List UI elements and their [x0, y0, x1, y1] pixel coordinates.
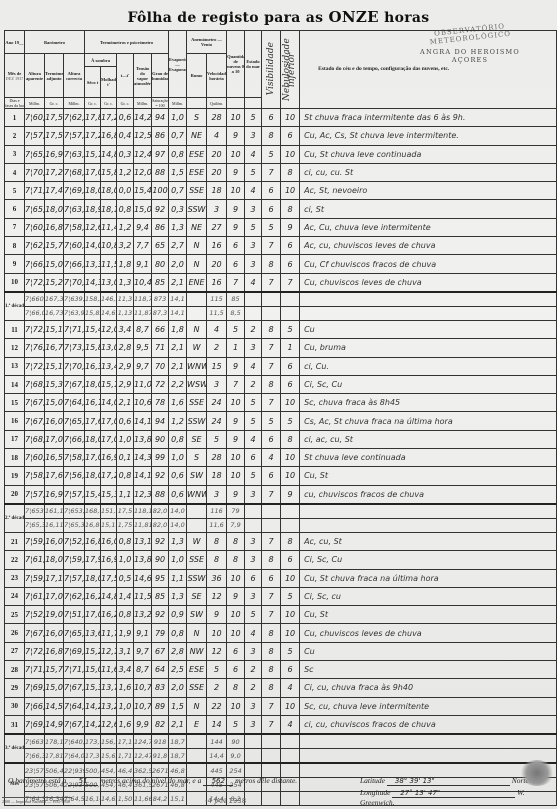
day-number: 13 — [5, 357, 25, 375]
year-header: Ano 19__ — [5, 31, 25, 54]
cell-hum: 85 — [152, 587, 169, 605]
summary-cell: 11,87 — [134, 306, 152, 320]
cell-seco: 17,6 — [85, 412, 101, 430]
cell-vel: 20 — [207, 255, 227, 273]
day-row: 307¦66,0014,57¦64,2114,213,21,010,7891,5… — [5, 697, 557, 715]
cell-seco: 14,2 — [85, 697, 101, 715]
cell-vel: 4 — [207, 320, 227, 338]
cell-nuv: 6 — [227, 642, 245, 660]
cell-term: 16,9 — [45, 145, 64, 163]
cell-vel: 10 — [207, 624, 227, 642]
cell-alt-ap: 7¦59,60 — [25, 532, 45, 550]
empty-cell — [245, 734, 262, 749]
cell-tens: 14,1 — [134, 467, 152, 485]
cell-vel: 20 — [207, 145, 227, 163]
longitude-value: 27° 13' 47" — [392, 789, 515, 798]
cell-alt-cor: 7¦67,69 — [64, 679, 85, 697]
cell-alt-cor: 7¦64,79 — [64, 394, 85, 412]
cell-vis: 8 — [262, 127, 281, 145]
cell-rumo: SW — [187, 606, 207, 624]
summary-cell: 11,6 — [207, 518, 227, 532]
cell-alt-ap: 7¦72,00 — [25, 642, 45, 660]
cell-vis2: 4 — [281, 715, 300, 734]
cell-vis: 6 — [262, 200, 281, 218]
cell-tens: 10,6 — [134, 394, 152, 412]
cell-vis2: 6 — [281, 127, 300, 145]
empty-cell — [262, 504, 281, 519]
low-clouds-header: Nebulosidade inferior — [281, 31, 300, 109]
day-number: 19 — [5, 467, 25, 485]
decade-summary-row: 2.ª década7¦653,70161,17¦653,76168,6151,… — [5, 504, 557, 519]
unit-label: Gr. c. — [85, 98, 101, 109]
cell-alt-ap: 7¦69,55 — [25, 679, 45, 697]
cell-hum: 88 — [152, 485, 169, 504]
summary-cell: 1,13 — [117, 306, 134, 320]
day-number: 31 — [5, 715, 25, 734]
cell-mar: 3 — [245, 485, 262, 504]
cell-molh: 14,0 — [101, 394, 117, 412]
cell-tens: 12,5 — [134, 127, 152, 145]
cell-vel: 24 — [207, 412, 227, 430]
cell-mar: 3 — [245, 127, 262, 145]
cell-mar: 3 — [245, 237, 262, 255]
summary-cell: 124,7 — [134, 734, 152, 749]
day-row: 67¦65,7018,07¦63,0618,918,10,815,0920,3S… — [5, 200, 557, 218]
cell-term: 15,1 — [45, 320, 64, 338]
summary-cell: 7¦63,978 — [64, 306, 85, 320]
cell-mar: 3 — [245, 551, 262, 569]
day-number: 25 — [5, 606, 25, 624]
empty-cell — [262, 292, 281, 307]
summary-cell: 146,9 — [101, 292, 117, 307]
cell-diff: 3,1 — [117, 642, 134, 660]
month-header: Mês de DEZ 1937 — [5, 54, 25, 98]
cell-nuv: 10 — [227, 109, 245, 127]
cell-molh: 17,2 — [101, 467, 117, 485]
day-number: 27 — [5, 642, 25, 660]
cell-hum: 88 — [152, 163, 169, 181]
day-number: 16 — [5, 412, 25, 430]
cell-mar: 5 — [245, 606, 262, 624]
cell-alt-ap: 7¦72,05 — [25, 320, 45, 338]
summary-cell: 9,0 — [227, 749, 245, 764]
empty-cell — [262, 792, 281, 806]
cell-alt-ap: 7¦61,30 — [25, 551, 45, 569]
cell-vel: 12 — [207, 587, 227, 605]
sky-state-remark: Ac, cu, chuviscos leves de chuva — [300, 237, 557, 255]
empty-cell — [245, 518, 262, 532]
cell-alt-ap: 7¦52,65 — [25, 606, 45, 624]
cell-hum: 67 — [152, 642, 169, 660]
days-header: Dias e fases da lua — [5, 98, 25, 109]
day-number: 14 — [5, 375, 25, 393]
cell-vel: 28 — [207, 109, 227, 127]
day-row: 77¦60,1516,87¦58,6312,611,41,29,4861,3NE… — [5, 218, 557, 236]
cell-vis: 7 — [262, 237, 281, 255]
cell-seco: 16,1 — [85, 394, 101, 412]
ink-blot — [520, 760, 554, 786]
cell-mar: 5 — [245, 467, 262, 485]
cell-vel: 5 — [207, 661, 227, 679]
cell-alt-cor: 7¦70,30 — [64, 273, 85, 292]
cell-vis: 8 — [262, 375, 281, 393]
cell-term: 15,7 — [45, 661, 64, 679]
empty-cell — [262, 306, 281, 320]
cell-evap: 2,0 — [169, 255, 187, 273]
cell-tens: 13,2 — [134, 606, 152, 624]
day-row: 177¦68,2517,07¦66,1418,017,01,013,8900,8… — [5, 430, 557, 448]
decade-summary-row: 1.ª década7¦660,45167,37¦639,78158,2146,… — [5, 292, 557, 307]
cell-vis: 8 — [262, 679, 281, 697]
cell-alt-cor: 7¦70,71 — [64, 357, 85, 375]
summary-label: 3.ª década — [5, 734, 25, 763]
day-number: 10 — [5, 273, 25, 292]
cell-vis2: 8 — [281, 532, 300, 550]
sky-state-remark: Ci, Sc, cu — [300, 587, 557, 605]
cell-vel: 14 — [207, 715, 227, 734]
visibility-header: Visibilidade — [262, 31, 281, 109]
day-number: 17 — [5, 430, 25, 448]
cell-vis2: 10 — [281, 182, 300, 200]
summary-cell: 116 — [207, 504, 227, 519]
cell-hum: 90 — [152, 551, 169, 569]
cell-hum: 94 — [152, 109, 169, 127]
longitude: Longitude 27° 13' 47" W. Greenwich. — [360, 788, 557, 807]
cell-mar: 5 — [245, 163, 262, 181]
day-number: 11 — [5, 320, 25, 338]
cell-molh: 16,0 — [101, 532, 117, 550]
cell-vis2: 10 — [281, 449, 300, 467]
cell-term: 17,0 — [45, 430, 64, 448]
cell-hum: 92 — [152, 467, 169, 485]
cell-alt-cor: 7¦62,60 — [64, 587, 85, 605]
cell-mar: 4 — [245, 357, 262, 375]
cell-rumo: SE — [187, 587, 207, 605]
cell-nuv: 9 — [227, 357, 245, 375]
summary-cell — [187, 306, 207, 320]
cell-rumo: S — [187, 109, 207, 127]
summary-cell: 15,65 — [101, 749, 117, 764]
cell-vis: 5 — [262, 218, 281, 236]
cell-seco: 18,0 — [85, 569, 101, 587]
cell-tens: 14,1 — [134, 412, 152, 430]
cell-tens: 10,7 — [134, 679, 152, 697]
cell-hum: 99 — [152, 449, 169, 467]
cell-vel: 8 — [207, 551, 227, 569]
cell-vis: 7 — [262, 606, 281, 624]
day-number: 18 — [5, 449, 25, 467]
cell-vis: 7 — [262, 163, 281, 181]
sky-state-remark: cu, chuviscos fracos de chuva — [300, 485, 557, 504]
cell-rumo: W — [187, 339, 207, 357]
day-row: 297¦69,5515,07¦67,6915,313,71,610,7832,0… — [5, 679, 557, 697]
cell-hum: 79 — [152, 624, 169, 642]
empty-cell — [281, 292, 300, 307]
cell-seco: 18,0 — [85, 375, 101, 393]
day-row: 237¦59,2017,17¦57,3318,017,50,514,6951,1… — [5, 569, 557, 587]
cell-alt-cor: 7¦65,02 — [64, 624, 85, 642]
cell-vis2: 6 — [281, 255, 300, 273]
cell-tens: 9,9 — [134, 715, 152, 734]
cell-alt-ap: 7¦72,10 — [25, 357, 45, 375]
cell-mar: 4 — [245, 624, 262, 642]
cell-molh: 17,2 — [101, 109, 117, 127]
day-number: 3 — [5, 145, 25, 163]
day-row: 17¦60,2517,57¦62,1917,817,20,614,2941,0S… — [5, 109, 557, 127]
sky-state-remark: St chuva leve continuada — [300, 449, 557, 467]
cell-seco: 15,3 — [85, 679, 101, 697]
cell-vel: 16 — [207, 237, 227, 255]
cell-alt-cor: 7¦67,30 — [64, 715, 85, 734]
cell-evap: 0,3 — [169, 200, 187, 218]
sky-state-remark: Cu, St — [300, 467, 557, 485]
cell-alt-ap: 7¦76,00 — [25, 339, 45, 357]
decade-summary-row: 3.ª década7¦663,10178,17¦640,13173,6156,… — [5, 734, 557, 749]
cell-term: 18,0 — [45, 551, 64, 569]
evaporometer-header: Evaporómetro — Evaporação — [169, 31, 187, 98]
day-row: 227¦61,3018,07¦59,0817,916,91,013,8901,0… — [5, 551, 557, 569]
cell-alt-cor: 7¦52,29 — [64, 532, 85, 550]
cell-hum: 80 — [152, 255, 169, 273]
unit-label: Saturação = 100 — [152, 98, 169, 109]
summary-cell: 7¦65,376 — [64, 518, 85, 532]
cell-evap: 0,7 — [169, 182, 187, 200]
cell-tens: 9,5 — [134, 339, 152, 357]
day-row: 107¦72,6015,27¦70,3014,313,01,310,4852,1… — [5, 273, 557, 292]
cell-diff: 1,0 — [117, 697, 134, 715]
cell-hum: 95 — [152, 569, 169, 587]
cell-mar: 2 — [245, 679, 262, 697]
barometer-header: Barómetro — [25, 31, 85, 54]
sky-state-remark: Ac, cu, St — [300, 532, 557, 550]
cell-evap: 1,0 — [169, 551, 187, 569]
cell-hum: 86 — [152, 218, 169, 236]
cell-molh: 15,1 — [101, 375, 117, 393]
cell-term: 14,5 — [45, 697, 64, 715]
cell-mar: 5 — [245, 412, 262, 430]
day-row: 47¦70,8017,27¦68,6717,015,81,212,0881,5E… — [5, 163, 557, 181]
sky-state-remark: ci, cu, chuviscos fracos de chuva — [300, 715, 557, 734]
cell-hum: 64 — [152, 661, 169, 679]
cell-rumo: ESE — [187, 661, 207, 679]
summary-cell: 7¦66,310 — [25, 749, 45, 764]
cell-diff: 2,9 — [117, 375, 134, 393]
cell-seco: 17,9 — [85, 551, 101, 569]
cell-evap: 0,8 — [169, 145, 187, 163]
cell-alt-ap: 7¦61,70 — [25, 587, 45, 605]
cell-alt-cor: 7¦64,21 — [64, 697, 85, 715]
cell-tens: 9,4 — [134, 218, 152, 236]
cell-molh: 15,3 — [101, 485, 117, 504]
cell-evap: 2,2 — [169, 375, 187, 393]
cell-mar: 3 — [245, 715, 262, 734]
cell-vel: 16 — [207, 273, 227, 292]
observation-rows: 17¦60,2517,57¦62,1917,817,20,614,2941,0S… — [5, 109, 557, 806]
day-number: 15 — [5, 394, 25, 412]
cell-diff: 1,2 — [117, 163, 134, 181]
clouds-header: Quantidade de nuvens 0 a 10 — [227, 31, 245, 98]
day-number: 12 — [5, 339, 25, 357]
cell-alt-ap: 7¦71,90 — [25, 661, 45, 679]
cell-term: 17,4 — [45, 182, 64, 200]
cell-diff: 0,0 — [117, 182, 134, 200]
summary-cell: 158,2 — [85, 292, 101, 307]
summary-cell: 7¦639,78 — [64, 292, 85, 307]
cell-molh: 13,0 — [101, 339, 117, 357]
cell-diff: 3,2 — [117, 237, 134, 255]
cell-diff: 0,8 — [117, 200, 134, 218]
summary-cell: 11,3 — [117, 292, 134, 307]
summary-cell: 7,9 — [227, 518, 245, 532]
cell-term: 15,0 — [45, 394, 64, 412]
summary-cell: 15,11 — [101, 518, 117, 532]
cell-evap: 2,0 — [169, 679, 187, 697]
cell-evap: 1,3 — [169, 532, 187, 550]
sky-state-remark: Cu, St chuva fraca na última hora — [300, 569, 557, 587]
cell-vis: 6 — [262, 467, 281, 485]
cell-hum: 65 — [152, 237, 169, 255]
cell-term: 15,2 — [45, 273, 64, 292]
cell-nuv: 10 — [227, 182, 245, 200]
wind-speed-header: Velocidade horária — [207, 54, 227, 98]
day-number: 24 — [5, 587, 25, 605]
summary-cell: 873 — [152, 292, 169, 307]
cell-hum: 71 — [152, 339, 169, 357]
cell-diff: 1,4 — [117, 587, 134, 605]
day-number: 21 — [5, 532, 25, 550]
day-number: 30 — [5, 697, 25, 715]
decade-summary-row: 7¦66,31017,817¦64,01317,3615,651,7112,47… — [5, 749, 557, 764]
sky-state-remark: Ci, Sc, Cu — [300, 551, 557, 569]
cell-nuv: 9 — [227, 218, 245, 236]
cell-molh: 16,8 — [101, 127, 117, 145]
unit-label: Millm. — [134, 98, 152, 109]
cell-rumo: W — [187, 532, 207, 550]
cell-rumo: N — [187, 237, 207, 255]
cell-rumo: WSW — [187, 375, 207, 393]
cell-diff: 1,0 — [117, 551, 134, 569]
cell-seco: 17,2 — [85, 127, 101, 145]
cell-hum: 70 — [152, 357, 169, 375]
cell-vis2: 6 — [281, 551, 300, 569]
cell-rumo: SSE — [187, 182, 207, 200]
cell-tens: 12,4 — [134, 145, 152, 163]
empty-cell — [281, 792, 300, 806]
cell-tens: 13,8 — [134, 430, 152, 448]
cell-seco: 14,3 — [85, 273, 101, 292]
cell-molh: 13,0 — [101, 273, 117, 292]
sky-state-remark: Cu, St — [300, 606, 557, 624]
summary-cell — [187, 518, 207, 532]
summary-cell: 15,1 — [169, 792, 187, 806]
imprint: 2000 — Imprensa Nacional — 1935-1938 — [2, 797, 72, 804]
cell-alt-cor: 7¦63,06 — [64, 200, 85, 218]
cell-mar: 5 — [245, 109, 262, 127]
cell-tens: 11,5 — [134, 587, 152, 605]
day-row: 127¦76,0016,77¦73,9715,813,02,89,5712,1W… — [5, 339, 557, 357]
sky-state-remark: Cu, Ac, Cs, St chuva leve intermitente. — [300, 127, 557, 145]
summary-cell: 17,1 — [117, 734, 134, 749]
cell-seco: 15,4 — [85, 320, 101, 338]
cell-vis: 7 — [262, 715, 281, 734]
cell-alt-cor: 7¦57,33 — [64, 569, 85, 587]
cell-diff: 0,4 — [117, 127, 134, 145]
cell-tens: 8,7 — [134, 320, 152, 338]
cell-tens: 12,0 — [134, 163, 152, 181]
cell-diff: 0,8 — [117, 532, 134, 550]
sky-state-remark: Cu, St chuva leve continuada — [300, 145, 557, 163]
sky-state-remark: Cu, chuviscos leves de chuva — [300, 273, 557, 292]
cell-rumo: E — [187, 715, 207, 734]
cell-seco: 12,6 — [85, 218, 101, 236]
register-sheet: Fôlha de registo para as ONZE horas OBSE… — [0, 0, 557, 809]
cell-diff: 1,0 — [117, 430, 134, 448]
cell-term: 17,2 — [45, 163, 64, 181]
sky-state-remark: Cu — [300, 320, 557, 338]
cell-tens: 9,7 — [134, 357, 152, 375]
cell-diff: 1,3 — [117, 273, 134, 292]
cell-mar: 2 — [245, 661, 262, 679]
cell-diff: 1,8 — [117, 255, 134, 273]
cell-hum: 82 — [152, 715, 169, 734]
cell-rumo: SSW — [187, 569, 207, 587]
summary-cell: 16,14 — [85, 792, 101, 806]
cell-vis2: 5 — [281, 587, 300, 605]
cell-molh: 16,2 — [101, 606, 117, 624]
empty-cell — [281, 306, 300, 320]
summary-label: 2.ª década — [5, 504, 25, 533]
cell-nuv: 10 — [227, 449, 245, 467]
thermometers-header: Termómetros e psicrómetro — [85, 31, 169, 54]
summary-cell: 14,65 — [101, 792, 117, 806]
cell-alt-ap: 7¦67,10 — [25, 412, 45, 430]
empty-cell — [300, 749, 557, 764]
cell-molh: 16,9 — [101, 551, 117, 569]
cell-term: 17,5 — [45, 109, 64, 127]
day-row: 267¦67,0016,07¦65,0213,611,71,99,1790,8N… — [5, 624, 557, 642]
cell-vel: 20 — [207, 163, 227, 181]
cell-nuv: 9 — [227, 127, 245, 145]
cell-seco: 18,0 — [85, 467, 101, 485]
cell-vis: 8 — [262, 624, 281, 642]
cell-rumo: ESE — [187, 163, 207, 181]
cell-molh: 13,7 — [101, 679, 117, 697]
latitude: Latitude 38° 39' 13" Norte. — [360, 776, 531, 786]
cell-nuv: 9 — [227, 163, 245, 181]
decade-summary-row: 7¦66,04516,737¦63,97815,8214,691,1311,87… — [5, 306, 557, 320]
empty-cell — [262, 734, 281, 749]
cell-term: 19,0 — [45, 606, 64, 624]
cell-nuv: 10 — [227, 467, 245, 485]
summary-cell: 11,81 — [134, 518, 152, 532]
cell-molh: 15,8 — [101, 163, 117, 181]
cell-seco: 15,1 — [85, 145, 101, 163]
cell-nuv: 9 — [227, 200, 245, 218]
cell-vis2: 6 — [281, 375, 300, 393]
day-row: 57¦71,1017,47¦69,9418,018,00,015,41000,7… — [5, 182, 557, 200]
summary-cell: 7¦640,13 — [64, 734, 85, 749]
cell-evap: 2,5 — [169, 661, 187, 679]
summary-cell: 82,0 — [152, 518, 169, 532]
cell-nuv: 9 — [227, 485, 245, 504]
day-number: 7 — [5, 218, 25, 236]
cell-term: 16,0 — [45, 412, 64, 430]
cell-vis2: 6 — [281, 357, 300, 375]
day-number: 8 — [5, 237, 25, 255]
cell-hum: 78 — [152, 394, 169, 412]
summary-cell: 178,1 — [45, 734, 64, 749]
cell-alt-cor: 7¦71,16 — [64, 320, 85, 338]
